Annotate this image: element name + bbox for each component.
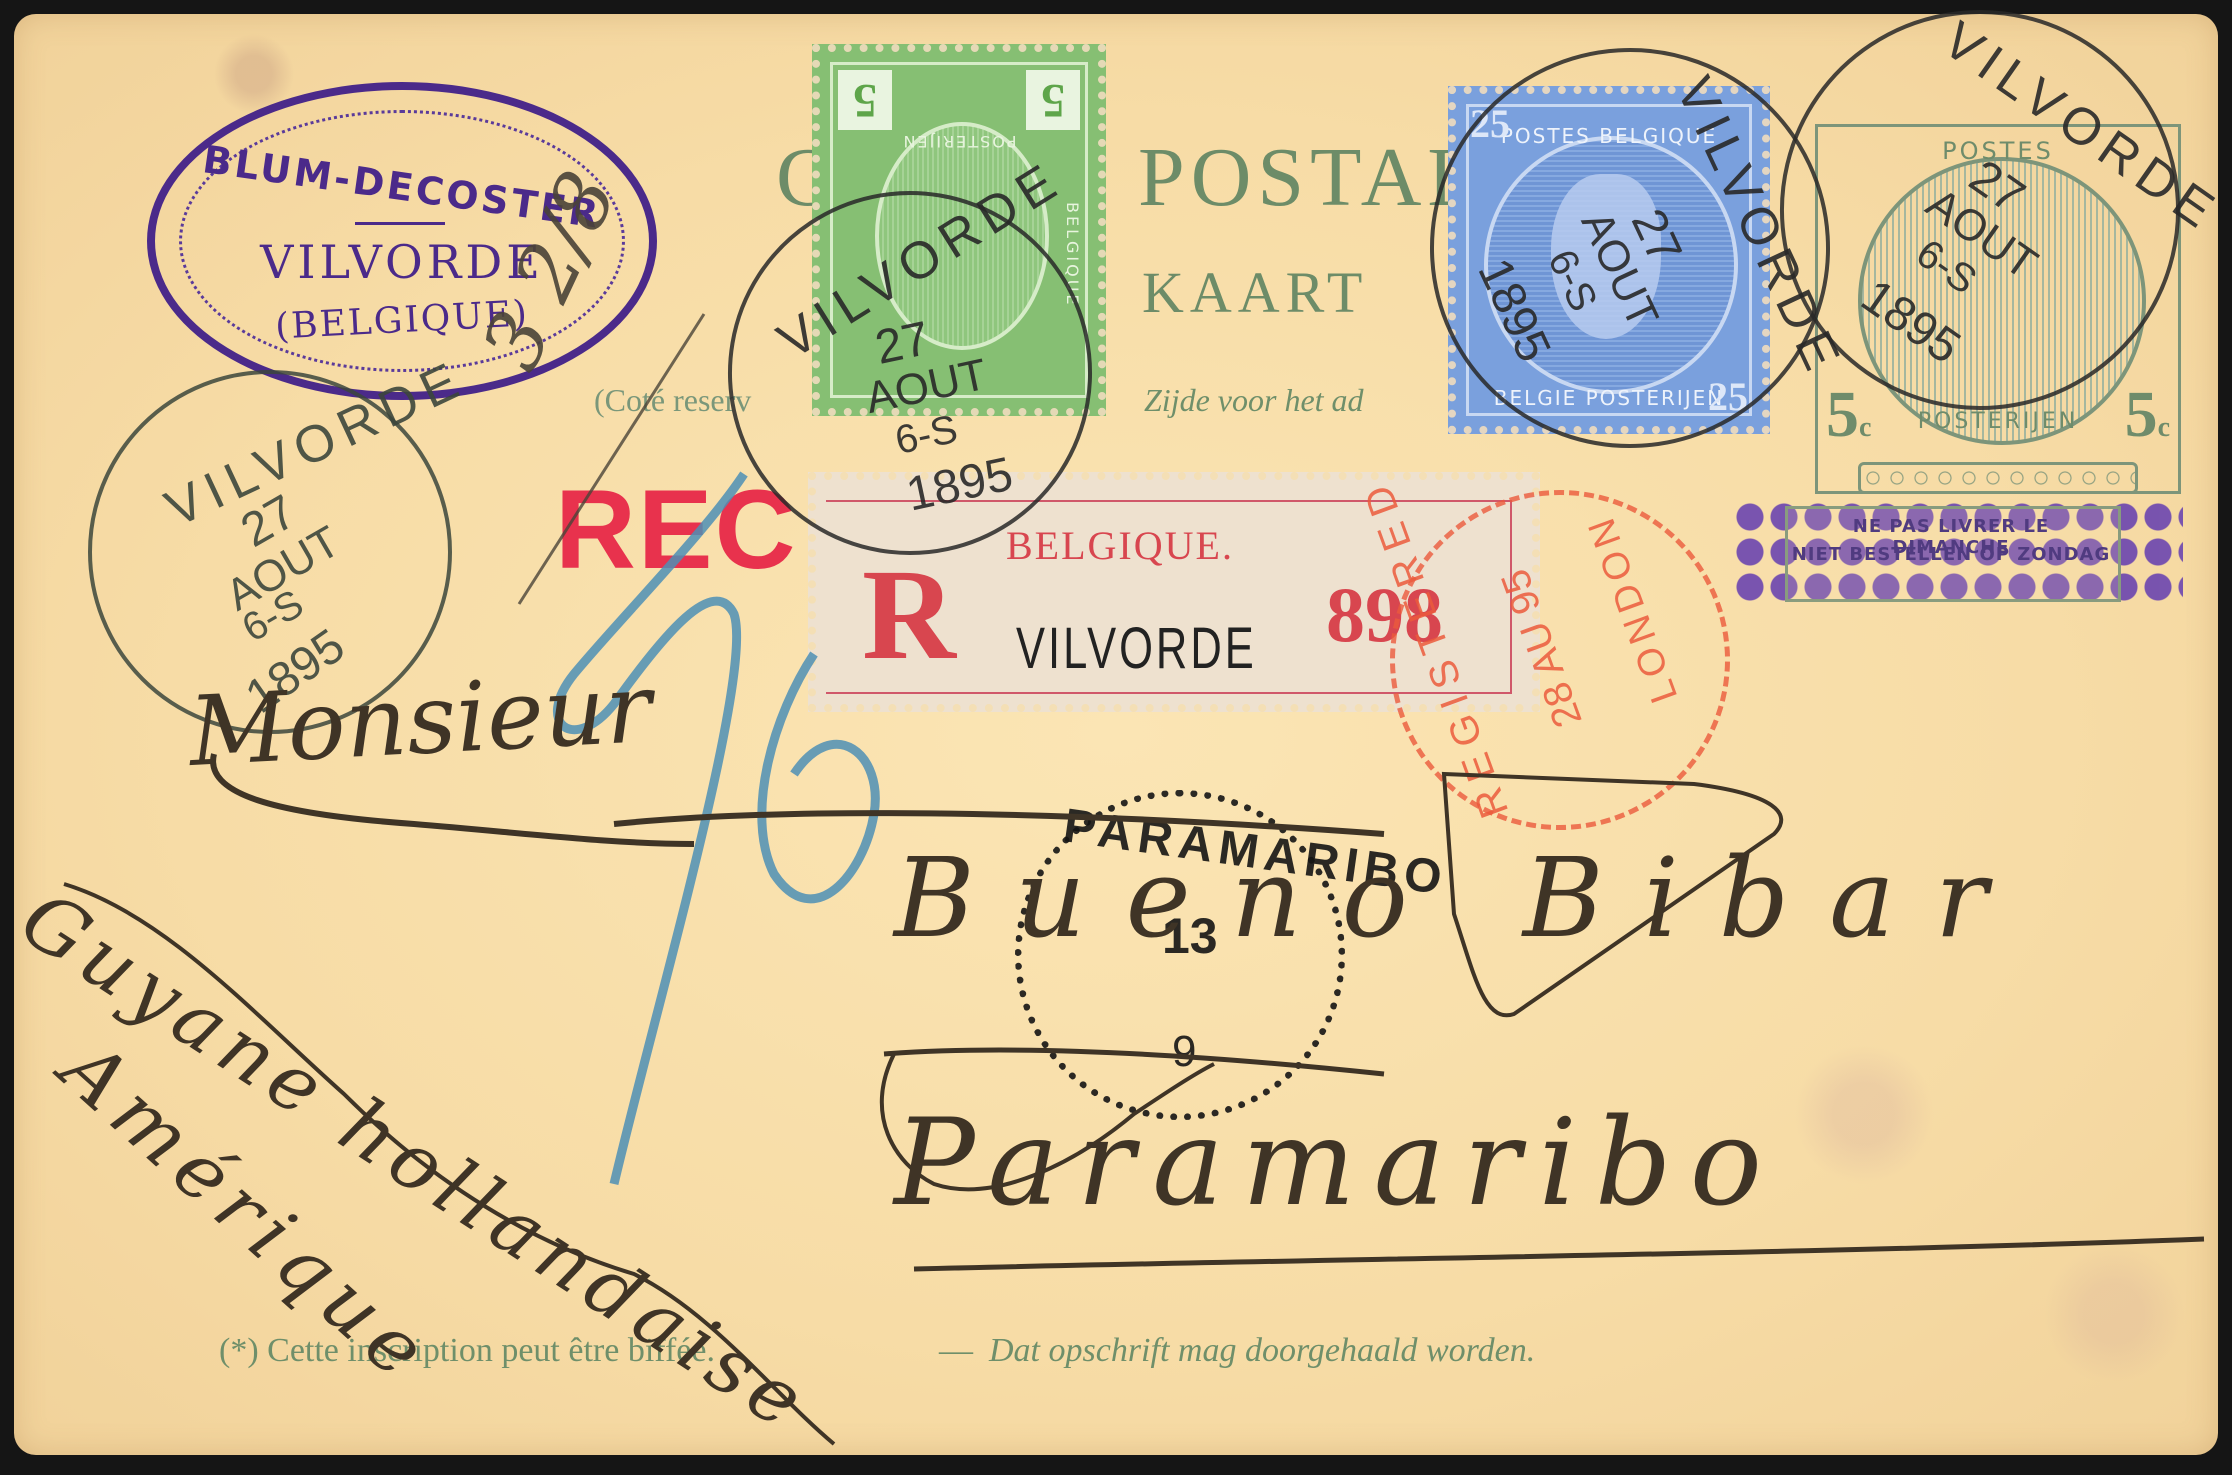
handwritten-addressee: Bueno Bibar [894, 834, 2027, 962]
handwritten-city: Paramaribo [894, 1094, 1780, 1233]
postal-card: CPOSTAL C POSTAL KAART (Coté reserv Zijd… [14, 14, 2218, 1455]
